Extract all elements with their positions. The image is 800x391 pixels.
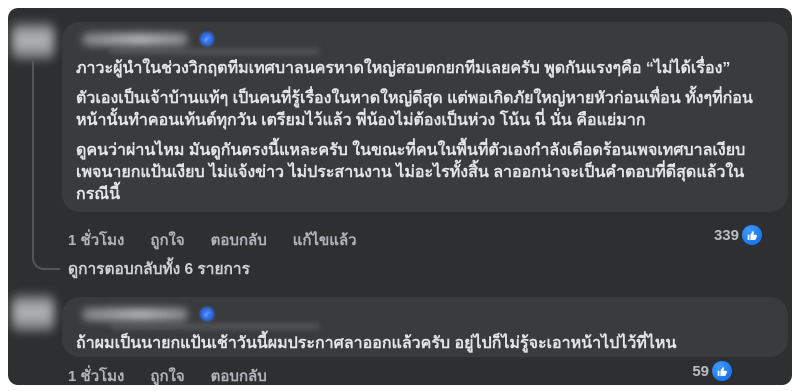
comments-panel: ✓ ภาวะผู้นำในช่วงวิกฤตทีมเทศบาลนครหาดใหญ… xyxy=(8,8,792,385)
like-button[interactable]: ถูกใจ xyxy=(150,228,184,252)
author-name-blurred[interactable] xyxy=(82,33,188,46)
comment-meta-row: 1 ชั่วโมง ถูกใจ ตอบกลับ xyxy=(68,364,267,385)
avatar[interactable] xyxy=(12,23,54,59)
comment-author-row: ✓ xyxy=(76,30,774,50)
avatar[interactable] xyxy=(12,295,54,331)
comment-paragraph: ถ้าผมเป็นนายกแป้นเช้าวันนี้ผมประกาศลาออก… xyxy=(76,333,774,355)
verified-badge-icon: ✓ xyxy=(200,32,214,46)
comment-bubble: ✓ ภาวะผู้นำในช่วงวิกฤตทีมเทศบาลนครหาดใหญ… xyxy=(62,22,788,212)
comment-author-row: ✓ xyxy=(76,305,774,325)
author-subtitle-blurred xyxy=(110,324,320,329)
comment-paragraph: ตัวเองเป็นเจ้าบ้านแท้ๆ เป็นคนที่รู้เรื่อ… xyxy=(76,88,774,132)
edited-label: แก้ไขแล้ว xyxy=(293,228,357,252)
comment-timestamp: 1 ชั่วโมง xyxy=(68,228,124,252)
comment-paragraph: ภาวะผู้นำในช่วงวิกฤตทีมเทศบาลนครหาดใหญ่ส… xyxy=(76,58,774,80)
reply-button[interactable]: ตอบกลับ xyxy=(211,364,267,385)
reply-thread-line xyxy=(32,58,60,270)
reaction-count: 339 xyxy=(714,227,739,244)
verified-badge-icon: ✓ xyxy=(200,307,214,321)
reaction-count-pill[interactable]: 59 xyxy=(692,361,732,381)
reaction-count-pill[interactable]: 339 xyxy=(714,225,762,245)
comment-paragraph: ดูคนว่าผ่านไหม มันดูกันตรงนี้แหละครับ ใน… xyxy=(76,140,774,206)
comment-meta-row: 1 ชั่วโมง ถูกใจ ตอบกลับ แก้ไขแล้ว xyxy=(68,228,357,252)
author-subtitle-blurred xyxy=(110,49,320,54)
reply-button[interactable]: ตอบกลับ xyxy=(211,228,267,252)
thumbs-up-icon xyxy=(742,225,762,245)
comment-bubble: ✓ ถ้าผมเป็นนายกแป้นเช้าวันนี้ผมประกาศลาอ… xyxy=(62,297,788,357)
view-replies-link[interactable]: ดูการตอบกลับทั้ง 6 รายการ xyxy=(68,256,250,281)
thumbs-up-icon xyxy=(712,361,732,381)
like-button[interactable]: ถูกใจ xyxy=(150,364,184,385)
author-name-blurred[interactable] xyxy=(82,308,188,321)
reaction-count: 59 xyxy=(692,363,709,380)
comment-timestamp: 1 ชั่วโมง xyxy=(68,364,124,385)
